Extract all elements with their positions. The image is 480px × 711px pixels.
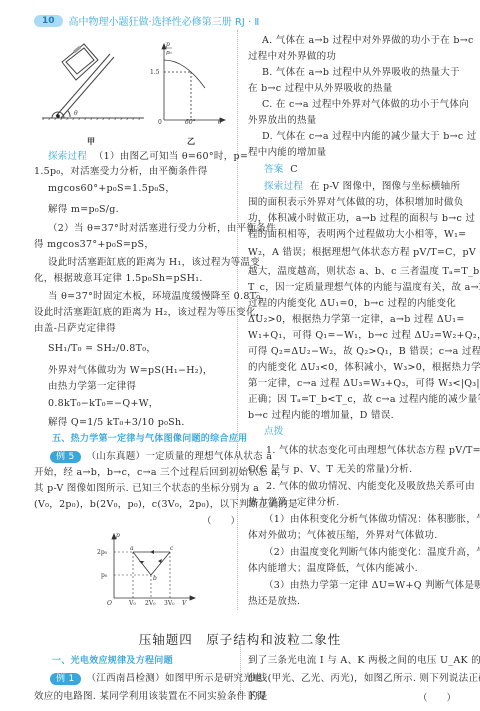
right-explore-line: W₂，A 错误；根据理想气体状态方程 pV/T=C，pV 值 [248, 246, 480, 260]
left-explore-line-1: 探索过程 （1）由图乙可知当 θ=60°时，p= [48, 150, 248, 164]
figure-yi-graph: p p₀ 1.5 0 60° θ [150, 40, 230, 124]
tip-line: 2. 气体的做功情况、内能变化及吸放热关系可由 [266, 480, 475, 494]
svg-text:2V₀: 2V₀ [145, 600, 156, 605]
left-line: 1.5p₀，对活塞受力分析，由平衡条件得 [34, 165, 208, 179]
example-5-line-1: 例 5（山东真题）一定质量的理想气体从状态 a [50, 450, 272, 464]
figure-yi-caption: 乙 [187, 136, 195, 147]
y-axis-label: p [166, 41, 170, 48]
example-1-line-1: 例 1（江西南昌检测）如图甲所示是研究光电 [50, 672, 263, 686]
right-explore-line: W₁+Q₁，可得 Q₁=−W₁，b→c 过程 ΔU₂=W₂+Q₂， [248, 329, 480, 343]
svg-text:p₀: p₀ [166, 50, 173, 56]
page-number: 10 [34, 15, 63, 27]
tip-line: （1）由体积变化分析气体做功情况：体积膨胀，气 [264, 513, 480, 527]
option-d-cont: 程中内能的增加量 [248, 146, 326, 160]
svg-text:O: O [107, 600, 112, 605]
left-line: 化，根据玻意耳定律 1.5p₀Sh=pSH₁. [34, 272, 203, 286]
example-badge: 例 5 [50, 451, 81, 463]
example-source: （江西南昌检测） [87, 673, 165, 684]
left-line: 由热力学第一定律得 [48, 380, 136, 394]
svg-text:V: V [182, 600, 187, 605]
option-c: C. 在 c→a 过程中外界对气体做的功小于气体向 [262, 98, 469, 112]
right-explore-line: T_c，因一定质量理想气体的内能与温度有关，故 a→b [248, 281, 480, 295]
left-line: 外界对气体做功为 W=pS(H₁−H₂)， [48, 364, 213, 378]
example-1-right-line: 曲线(甲光、乙光、丙光)，如图乙所示. 则下列说法正确 [248, 672, 480, 686]
option-a: A. 气体在 a→b 过程中对外界做的功小于在 b→c [262, 34, 474, 48]
svg-text:p₀: p₀ [101, 572, 108, 579]
svg-text:b: b [153, 575, 157, 582]
answer-line: 答案 C [264, 163, 298, 177]
example-1-right-line: 到了三条光电流 I 与 A、K 两极之间的电压 U_AK 的关系 [248, 654, 480, 668]
figure-jia-caption: 甲 [87, 136, 95, 147]
x-tick-60: 60° [185, 119, 196, 124]
svg-text:2p₀: 2p₀ [97, 549, 108, 556]
svg-text:a: a [130, 545, 134, 552]
option-b-cont: 在 b→c 过程中从外界吸收的热量 [248, 82, 393, 96]
left-line: 设此时活塞距缸底的距离为 H₁，该过程为等温变 [48, 256, 260, 270]
tip-line: 体对外做功；气体被压缩，外界对气体做功. [248, 529, 438, 543]
tip-line: C(C 是与 p、V、T 无关的常量)分析. [248, 463, 412, 477]
left-line: 由盖-吕萨克定律得 [34, 322, 116, 336]
option-d: D. 气体在 c→a 过程中内能的减少量大于 b→c 过 [262, 130, 477, 144]
origin-label: 0 [158, 119, 162, 124]
right-explore-line: 第一定律，c→a 过程 ΔU₃=W₃+Q₃，可得 W₃<|Q₃|，C [248, 377, 480, 391]
right-explore-line: 越大，温度越高，则状态 a、b、c 三者温度 Tₐ=T_b< [248, 265, 480, 279]
left-equation: 解得 m=p₀S/g. [48, 203, 119, 217]
y-tick-1.5: 1.5 [150, 69, 160, 76]
figure-jia-incline: θ [40, 38, 150, 120]
right-explore-line: 的内能变化 ΔU₃<0，体积减小，W₃>0，根据热力学 [248, 361, 480, 375]
option-a-cont: 过程中对外界做的功 [248, 50, 336, 64]
explore-label: 探索过程 [48, 151, 87, 162]
tip-line: 1. 气体的状态变化可由理想气体状态方程 pV/T= [266, 444, 480, 458]
option-c-cont: 外界放出的热量 [248, 114, 317, 128]
tip-label: 点拨 [264, 425, 284, 439]
page-header: 10 高中物理小题狂做·选择性必修第三册 RJ · Ⅱ [34, 13, 259, 28]
example-1-line: 效应的电路图. 某同学利用该装置在不同实验条件下得 [34, 690, 266, 704]
example-1-right-line: 的是 [248, 690, 268, 704]
book-title: 高中物理小题狂做·选择性必修第三册 RJ · Ⅱ [69, 13, 260, 28]
left-equation: SH₁/T₀ = SH₂/0.8T₀， [48, 342, 156, 356]
left-line: 得 mgcos37°+p₀S=pS， [34, 238, 154, 252]
right-explore-line: ΔU₂>0，根据热力学第一定律，a→b 过程 ΔU₁= [248, 313, 465, 327]
right-explore-line: 围的面积表示外界对气体做的功，体积增加时做负 [248, 196, 464, 210]
left-line: （2）当 θ=37°时对活塞进行受力分析，由平衡条件 [48, 222, 276, 236]
left-line: 当 θ=37°时固定木板，环境温度缓慢降至 0.8T₀， [48, 290, 270, 304]
tip-line: （3）由热力学第一定律 ΔU=W+Q 判断气体是吸 [264, 579, 480, 593]
right-explore-line: 正确；因 Tₐ=T_b<T_c，故 c→a 过程内能的减少量等于 [248, 393, 480, 407]
right-explore-line: b→c 过程内能的增加量，D 错误. [248, 409, 394, 423]
left-line: 设此时活塞距缸底的距离为 H₂，该过程为等压变化， [34, 306, 266, 320]
answer-paren: （ ） [418, 690, 456, 704]
right-explore-line: 可得 Q₂=ΔU₂−W₂，故 Q₂>Q₁，B 错误；c→a 过程 [248, 345, 480, 359]
left-equation: mgcos60°+p₀S=1.5p₀S， [48, 182, 175, 196]
right-explore-line: 程的面积相等，表明两个过程做功大小相等，W₁= [248, 228, 466, 242]
left-equation: 0.8kT₀−kT₀=−Q+W， [48, 397, 159, 411]
option-b: B. 气体在 a→b 过程中从外界吸收的热量大于 [262, 66, 460, 80]
svg-text:V₀: V₀ [128, 600, 136, 605]
example-5-line: 其 p-V 图像如图所示. 已知三个状态的坐标分别为 a [34, 482, 259, 496]
explore-label: 探索过程 [264, 181, 303, 192]
section-heading-1: 一、光电效应规律及方程问题 [52, 654, 173, 668]
right-explore-line: 过程的内能变化 ΔU₁=0，b→c 过程的内能变化 [248, 297, 456, 311]
right-explore-line: 功，体积减小时做正功，a→b 过程的面积与 b→c 过 [248, 212, 475, 226]
tip-line: （2）由温度变化判断气体内能变化：温度升高，气 [264, 546, 480, 560]
answer-label: 答案 [264, 164, 284, 175]
figure-pv-graph: p 2p₀ p₀ a b c O V₀ 2V₀ 3V₀ V [92, 530, 202, 605]
example-source: （山东真题） [87, 451, 146, 462]
tip-line: 热还是放热. [248, 595, 300, 609]
tip-line: 体内能增大；温度降低，气体内能减小. [248, 562, 418, 576]
section-heading-5: 五、热力学第一定律与气体图像问题的综合应用 [52, 432, 247, 446]
svg-text:3V₀: 3V₀ [164, 600, 175, 605]
answer-paren: （ ） [202, 513, 240, 527]
svg-text:p: p [116, 532, 120, 539]
tip-line: 热力学第一定律分析. [248, 496, 340, 510]
x-axis-label: θ [218, 119, 222, 124]
answer-value: C [290, 164, 298, 175]
right-explore-line-1: 探索过程 在 p-V 图像中，图像与坐标横轴所 [264, 180, 460, 194]
theta-label: θ [74, 110, 78, 117]
example-badge: 例 1 [50, 673, 81, 685]
left-equation: 解得 Q=1/5 kT₀+3/10 p₀Sh. [48, 416, 185, 430]
svg-text:c: c [170, 545, 174, 552]
